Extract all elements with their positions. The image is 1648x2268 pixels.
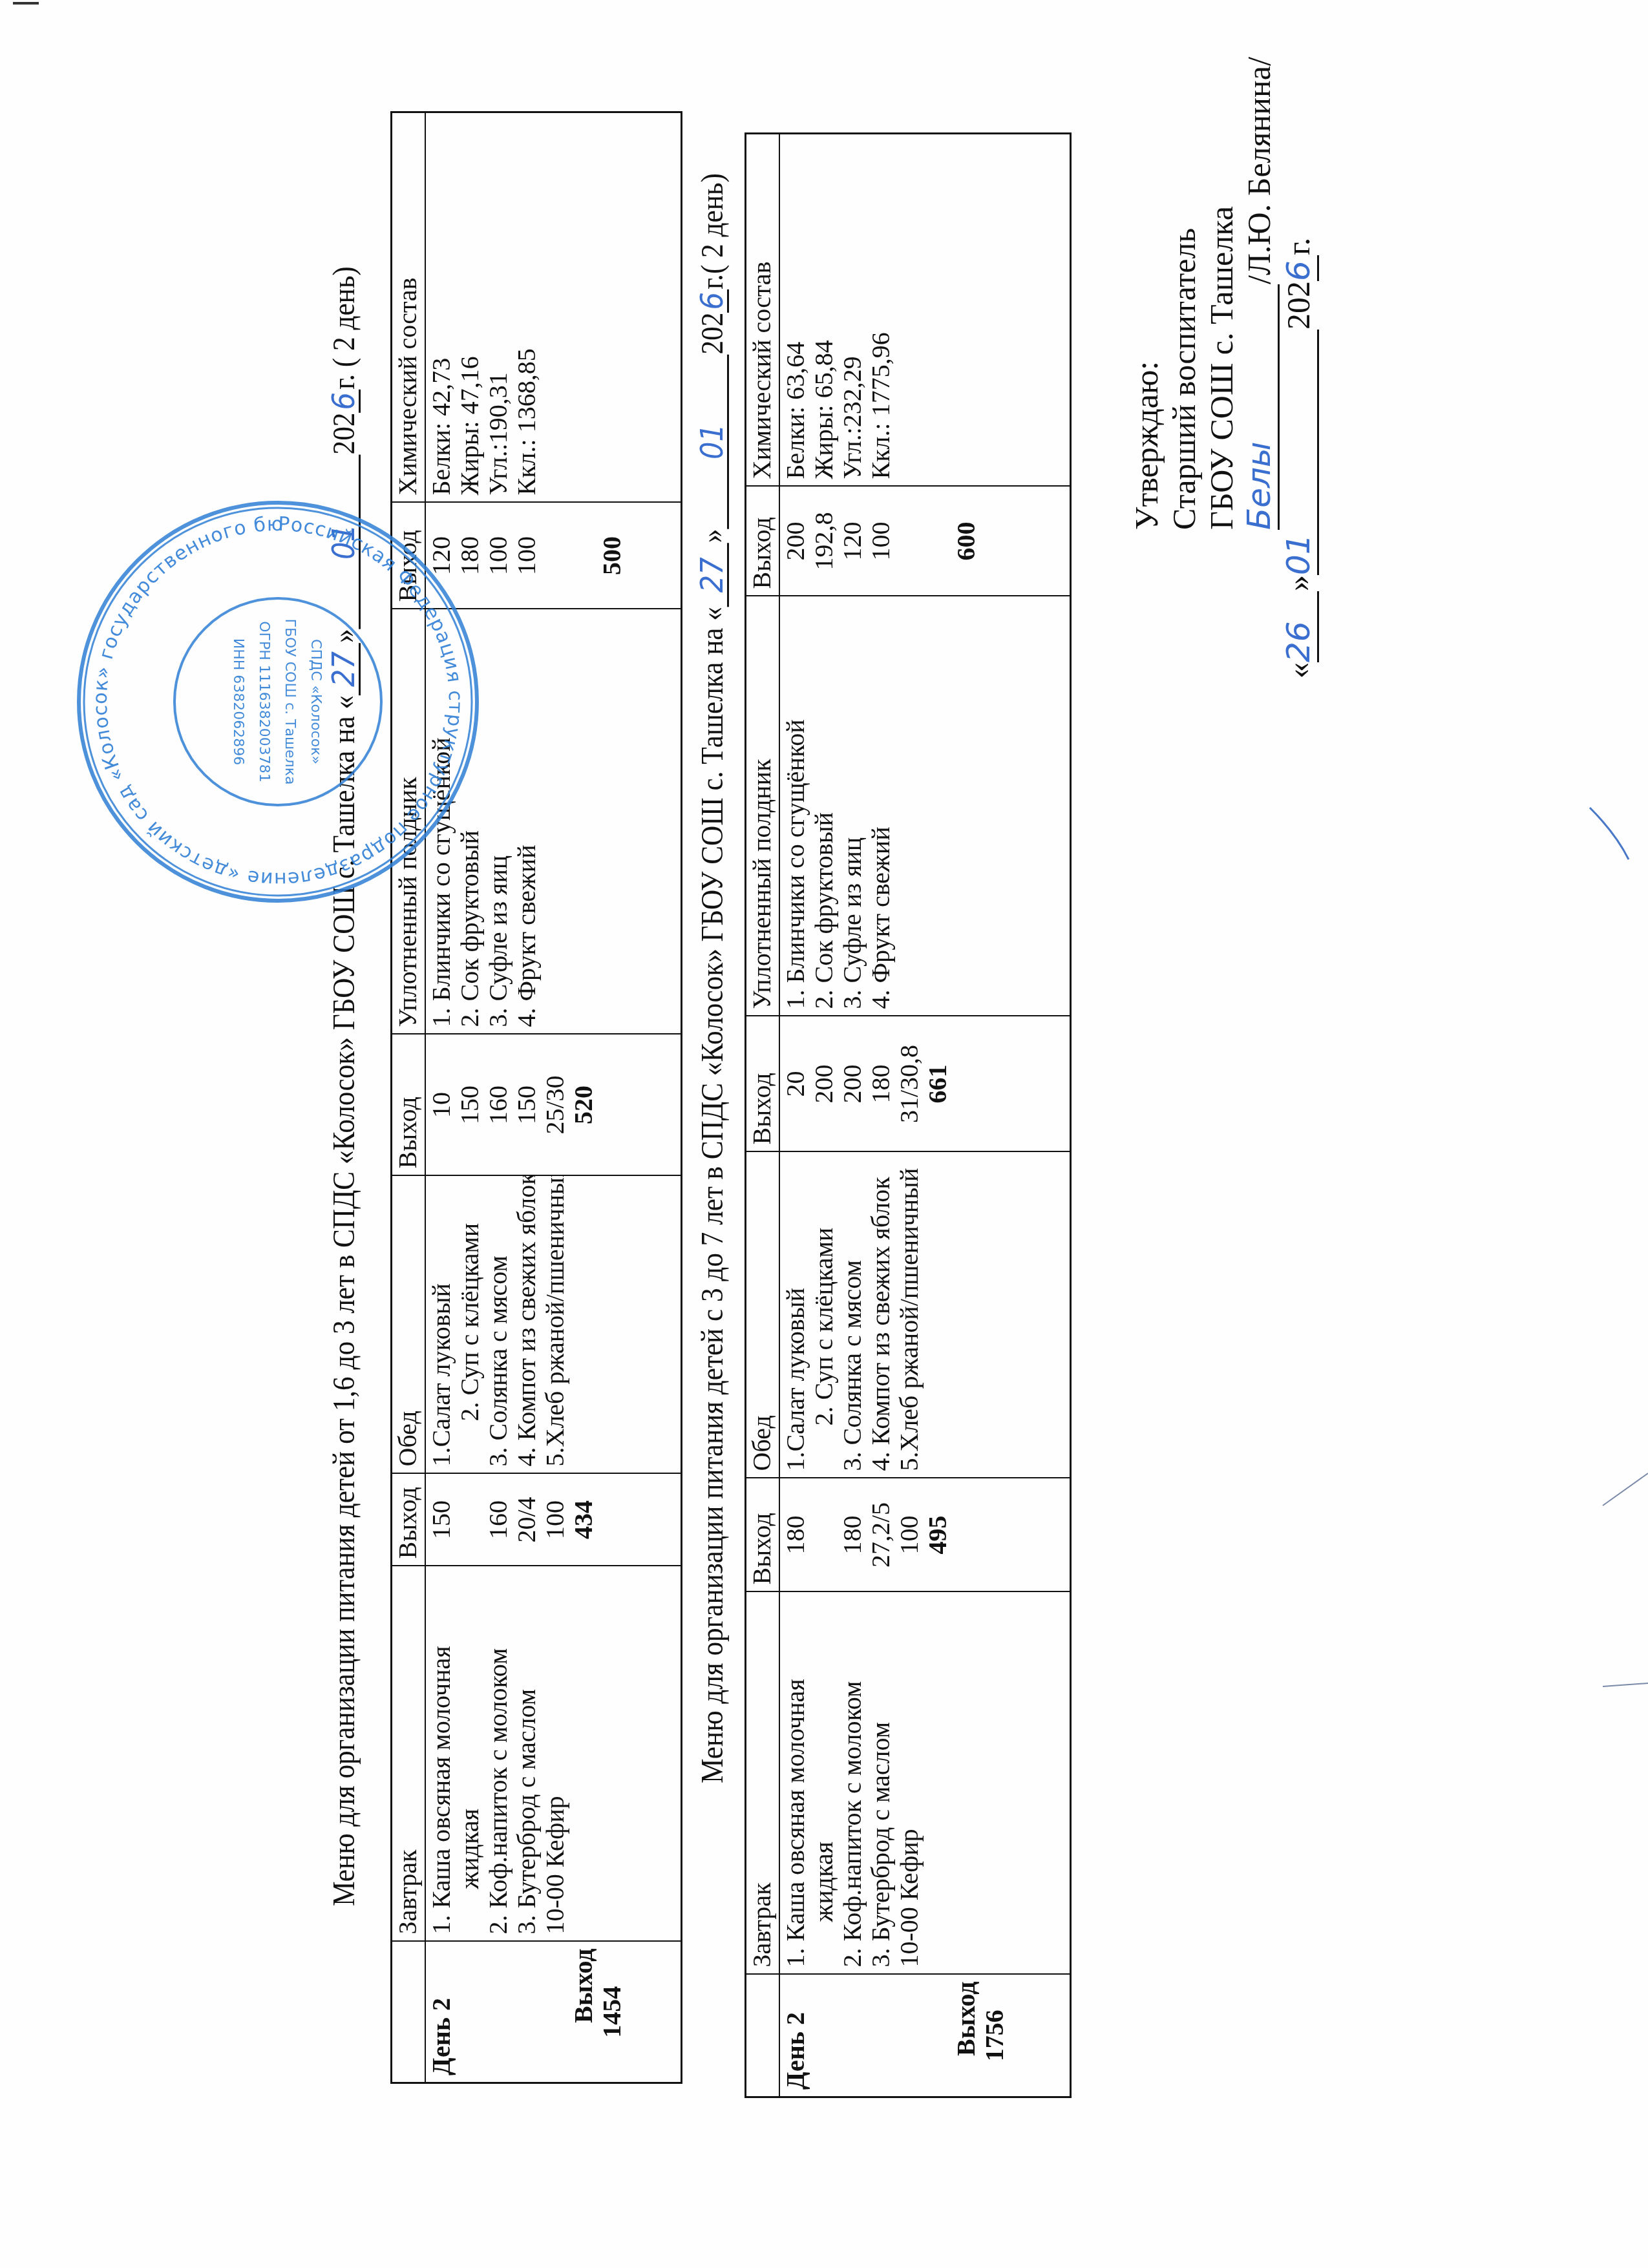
stamp-inner-line: ГБОУ СОШ с. Ташелка: [282, 619, 298, 785]
lunch-items: 1.Салат луковый2. Суп с клёцками3. Солян…: [779, 1152, 1070, 1478]
header-lunch-yield: Выход: [392, 1034, 426, 1176]
list-item: Белки: 63,64: [781, 141, 810, 479]
lunch-yields: 1015016015025/30520: [425, 1034, 681, 1176]
header-snack: Уплотненный полдник: [746, 596, 780, 1016]
list-item: 120: [838, 494, 867, 589]
date-month-field: 01: [698, 355, 729, 529]
list-item: 150: [512, 1042, 541, 1169]
list-item: 160: [484, 1481, 512, 1559]
list-item: жидкая: [456, 1573, 484, 1935]
list-item: 2. Суп с клёцками: [810, 1159, 838, 1471]
yield-total: 600: [952, 494, 980, 589]
stamp-inner-line: СПДС «Колосок»: [308, 639, 324, 764]
approval-block: Утверждаю: Старший воспитатель ГБОУ СОШ …: [1128, 57, 1319, 530]
approval-heading: Утверждаю:: [1128, 57, 1165, 530]
list-item: 3. Солянка с мясом: [484, 1183, 512, 1467]
header-nutrition: Химический состав: [746, 134, 780, 487]
snack-items: 1. Блинчики со сгущёнкой2. Сок фруктовый…: [779, 596, 1070, 1016]
list-item: 2. Коф.напиток с молоком: [484, 1573, 512, 1935]
list-item: 27,2/5: [867, 1486, 895, 1585]
yield-total: 520: [569, 1042, 598, 1169]
list-item: 1.Салат луковый: [427, 1183, 456, 1467]
yield-total: 434: [569, 1481, 598, 1559]
list-item: 20: [781, 1024, 810, 1145]
list-item: 100: [484, 510, 512, 602]
list-item: 3. Бутерброд с маслом: [512, 1573, 541, 1935]
list-item: 180: [838, 1486, 867, 1585]
approval-year-digit-field: 6: [1280, 255, 1319, 281]
list-item: Угл.:190,31: [484, 120, 512, 496]
approval-date-line: «26»012026г.: [1280, 57, 1319, 678]
list-item: 3. Суфле из яиц: [484, 616, 512, 1027]
header-snack-yield: Выход: [746, 487, 780, 596]
header-day: [392, 1942, 426, 2083]
list-item: 10: [427, 1042, 456, 1169]
list-item: 180: [781, 1486, 810, 1585]
header-lunch: Обед: [392, 1176, 426, 1474]
yield-total: 500: [598, 510, 626, 602]
list-item: 10-00 Кефир: [895, 1599, 924, 1968]
list-item: жидкая: [810, 1599, 838, 1968]
header-breakfast-yield: Выход: [746, 1478, 780, 1592]
list-item: 4. Компот из свежих яблок: [512, 1183, 541, 1467]
header-breakfast-yield: Выход: [392, 1474, 426, 1566]
list-item: 4. Компот из свежих яблок: [867, 1159, 895, 1471]
menu-table-1: Завтрак Выход Обед Выход Уплотненный пол…: [390, 111, 682, 2084]
list-item: 10-00 Кефир: [541, 1573, 569, 1935]
stamp-inner-line: ОГРН 1116382003781: [256, 621, 272, 782]
list-item: 25/30: [541, 1042, 569, 1169]
day-total-label: Выход: [952, 1982, 980, 2090]
day-cell: День 2 Выход 1756: [779, 1975, 1070, 2097]
list-item: 2. Коф.напиток с молоком: [838, 1599, 867, 1968]
official-stamp: Российская Федерация структурное подразд…: [71, 495, 485, 908]
list-item: 3. Суфле из яиц: [838, 604, 867, 1009]
nutrition-values: Белки: 63,64Жиры: 65,84Угл.:232,29Ккл.: …: [779, 134, 1070, 487]
list-item: 1. Блинчики со сгущёнкой: [781, 604, 810, 1009]
menu-title-2: Меню для организации питания детей с 3 д…: [695, 173, 731, 1783]
header-nutrition: Химический состав: [392, 112, 426, 503]
list-item: Ккл.: 1368,85: [512, 120, 541, 496]
approval-signature-line: Белы/Л.Ю. Белянина/: [1240, 57, 1280, 530]
breakfast-items: 1. Каша овсяная молочнаяжидкая2. Коф.нап…: [425, 1566, 681, 1942]
day-total-value: 1454: [598, 1949, 626, 2076]
lunch-yields: 2020020018031/30,8661: [779, 1016, 1070, 1152]
list-item: [456, 1481, 484, 1559]
list-item: 100: [867, 494, 895, 589]
approval-month-field: 01: [1280, 330, 1319, 575]
list-item: 200: [781, 494, 810, 589]
list-item: 150: [427, 1481, 456, 1559]
snack-yields: 200192,8120100600: [779, 487, 1070, 596]
breakfast-yields: 15016020/4100434: [425, 1474, 681, 1566]
yield-total: 661: [924, 1024, 952, 1145]
day-total-label: Выход: [569, 1949, 598, 2076]
header-lunch: Обед: [746, 1152, 780, 1478]
table-header-row: Завтрак Выход Обед Выход Уплотненный пол…: [746, 134, 780, 2097]
day-cell: День 2 Выход 1454: [425, 1942, 681, 2083]
list-item: 192,8: [810, 494, 838, 589]
list-item: 1.Салат луковый: [781, 1159, 810, 1471]
list-item: Ккл.: 1775,96: [867, 141, 895, 479]
nutrition-values: Белки: 42,73Жиры: 47,16Угл.:190,31Ккл.: …: [425, 112, 681, 503]
list-item: 1. Каша овсяная молочная: [781, 1599, 810, 1968]
list-item: 200: [838, 1024, 867, 1145]
header-lunch-yield: Выход: [746, 1016, 780, 1152]
approval-organization: ГБОУ СОШ с. Ташелка: [1203, 57, 1240, 530]
list-item: Угл.:232,29: [838, 141, 867, 479]
list-item: 2. Сок фруктовый: [810, 604, 838, 1009]
day-label: День 2: [427, 1949, 456, 2076]
yield-total: 495: [924, 1486, 952, 1585]
year-digit-field: 6: [330, 390, 361, 413]
list-item: 4. Фрукт свежий: [512, 616, 541, 1027]
list-item: 5.Хлеб ржаной/пшеничный: [541, 1183, 569, 1467]
list-item: 4. Фрукт свежий: [867, 604, 895, 1009]
list-item: [810, 1486, 838, 1585]
menu-title-text: Меню для организации питания детей с 3 д…: [695, 607, 730, 1783]
list-item: 100: [895, 1486, 924, 1585]
menu-table-2: Завтрак Выход Обед Выход Уплотненный пол…: [745, 132, 1072, 2098]
table-header-row: Завтрак Выход Обед Выход Уплотненный пол…: [392, 112, 426, 2083]
header-breakfast: Завтрак: [392, 1566, 426, 1942]
approval-position: Старший воспитатель: [1165, 57, 1203, 530]
date-day-field: 27: [698, 543, 729, 607]
signature-field: Белы: [1240, 284, 1280, 530]
list-item: 1. Каша овсяная молочная: [427, 1573, 456, 1935]
day-total-value: 1756: [980, 1982, 1009, 2090]
table-row: День 2 Выход 1756 1. Каша овсяная молочн…: [779, 134, 1070, 2097]
list-item: 3. Солянка с мясом: [838, 1159, 867, 1471]
list-item: 100: [512, 510, 541, 602]
day-label: День 2: [781, 1982, 810, 2090]
list-item: 100: [541, 1481, 569, 1559]
header-day: [746, 1975, 780, 2097]
list-item: Жиры: 65,84: [810, 141, 838, 479]
lunch-items: 1.Салат луковый2. Суп с клёцками3. Солян…: [425, 1176, 681, 1474]
table-row: День 2 Выход 1454 1. Каша овсяная молочн…: [425, 112, 681, 2083]
list-item: Жиры: 47,16: [456, 120, 484, 496]
list-item: 200: [810, 1024, 838, 1145]
list-item: 20/4: [512, 1481, 541, 1559]
list-item: 3. Бутерброд с маслом: [867, 1599, 895, 1968]
list-item: Белки: 42,73: [427, 120, 456, 496]
list-item: 180: [867, 1024, 895, 1145]
approval-day-field: 26: [1280, 591, 1319, 662]
list-item: 160: [484, 1042, 512, 1169]
header-breakfast: Завтрак: [746, 1592, 780, 1975]
list-item: 31/30,8: [895, 1024, 924, 1145]
scanned-document-page: Меню для организации питания детей от 1,…: [0, 0, 1648, 2268]
list-item: 150: [456, 1042, 484, 1169]
list-item: 5.Хлеб ржаной/пшеничный: [895, 1159, 924, 1471]
year-digit-field: 6: [698, 289, 729, 313]
stamp-inner-line: ИНН 6382062896: [230, 638, 246, 766]
list-item: 2. Суп с клёцками: [456, 1183, 484, 1467]
breakfast-yields: 18018027,2/5100495: [779, 1478, 1070, 1592]
breakfast-items: 1. Каша овсяная молочнаяжидкая2. Коф.нап…: [779, 1592, 1070, 1975]
landscape-sheet: Меню для организации питания детей от 1,…: [0, 0, 1648, 2268]
